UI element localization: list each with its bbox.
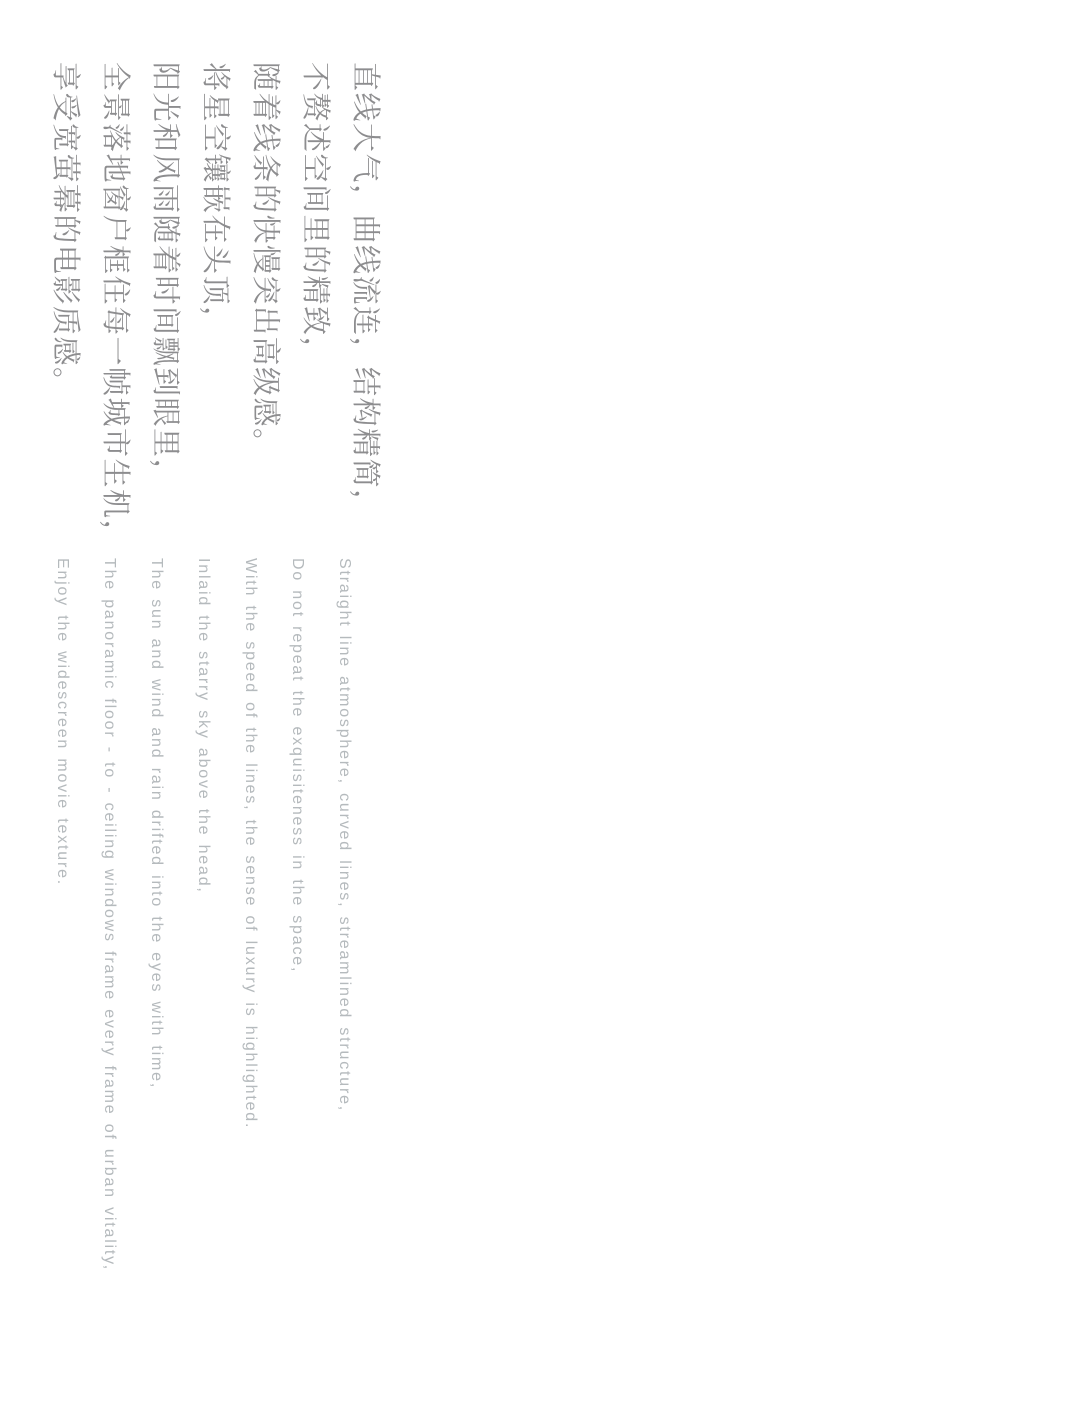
chinese-line: 阳光和风雨随着时间飘到眼里， [140,62,190,550]
chinese-paragraph: 直线大气，曲线流连，结构精简， 不赘述空间里的精致， 随着线条的快慢突出高级感。… [40,62,390,550]
english-line: Inlaid the starry sky above the head, [180,558,227,1271]
english-line: The panoramic floor - to - ceiling windo… [86,558,133,1271]
chinese-line: 随着线条的快慢突出高级感。 [240,62,290,550]
page: 直线大气，曲线流连，结构精简， 不赘述空间里的精致， 随着线条的快慢突出高级感。… [0,0,1080,1414]
rotated-content: 直线大气，曲线流连，结构精简， 不赘述空间里的精致， 随着线条的快慢突出高级感。… [0,0,1080,1414]
chinese-line: 将星空镶嵌在头顶， [190,62,240,550]
chinese-line: 不赘述空间里的精致， [290,62,340,550]
english-line: With the speed of the lines, the sense o… [227,558,274,1271]
chinese-line: 全景落地窗户框住每一帧城市生机， [90,62,140,550]
chinese-line: 享受宽萤幕的电影质感。 [40,62,90,550]
english-line: Do not repeat the exquisiteness in the s… [274,558,321,1271]
english-line: The sun and wind and rain drifted into t… [133,558,180,1271]
english-line: Straight line atmosphere, curved lines, … [321,558,368,1271]
english-paragraph: Straight line atmosphere, curved lines, … [39,558,368,1271]
english-line: Enjoy the widescreen movie texture. [39,558,86,1271]
chinese-line: 直线大气，曲线流连，结构精简， [340,62,390,550]
